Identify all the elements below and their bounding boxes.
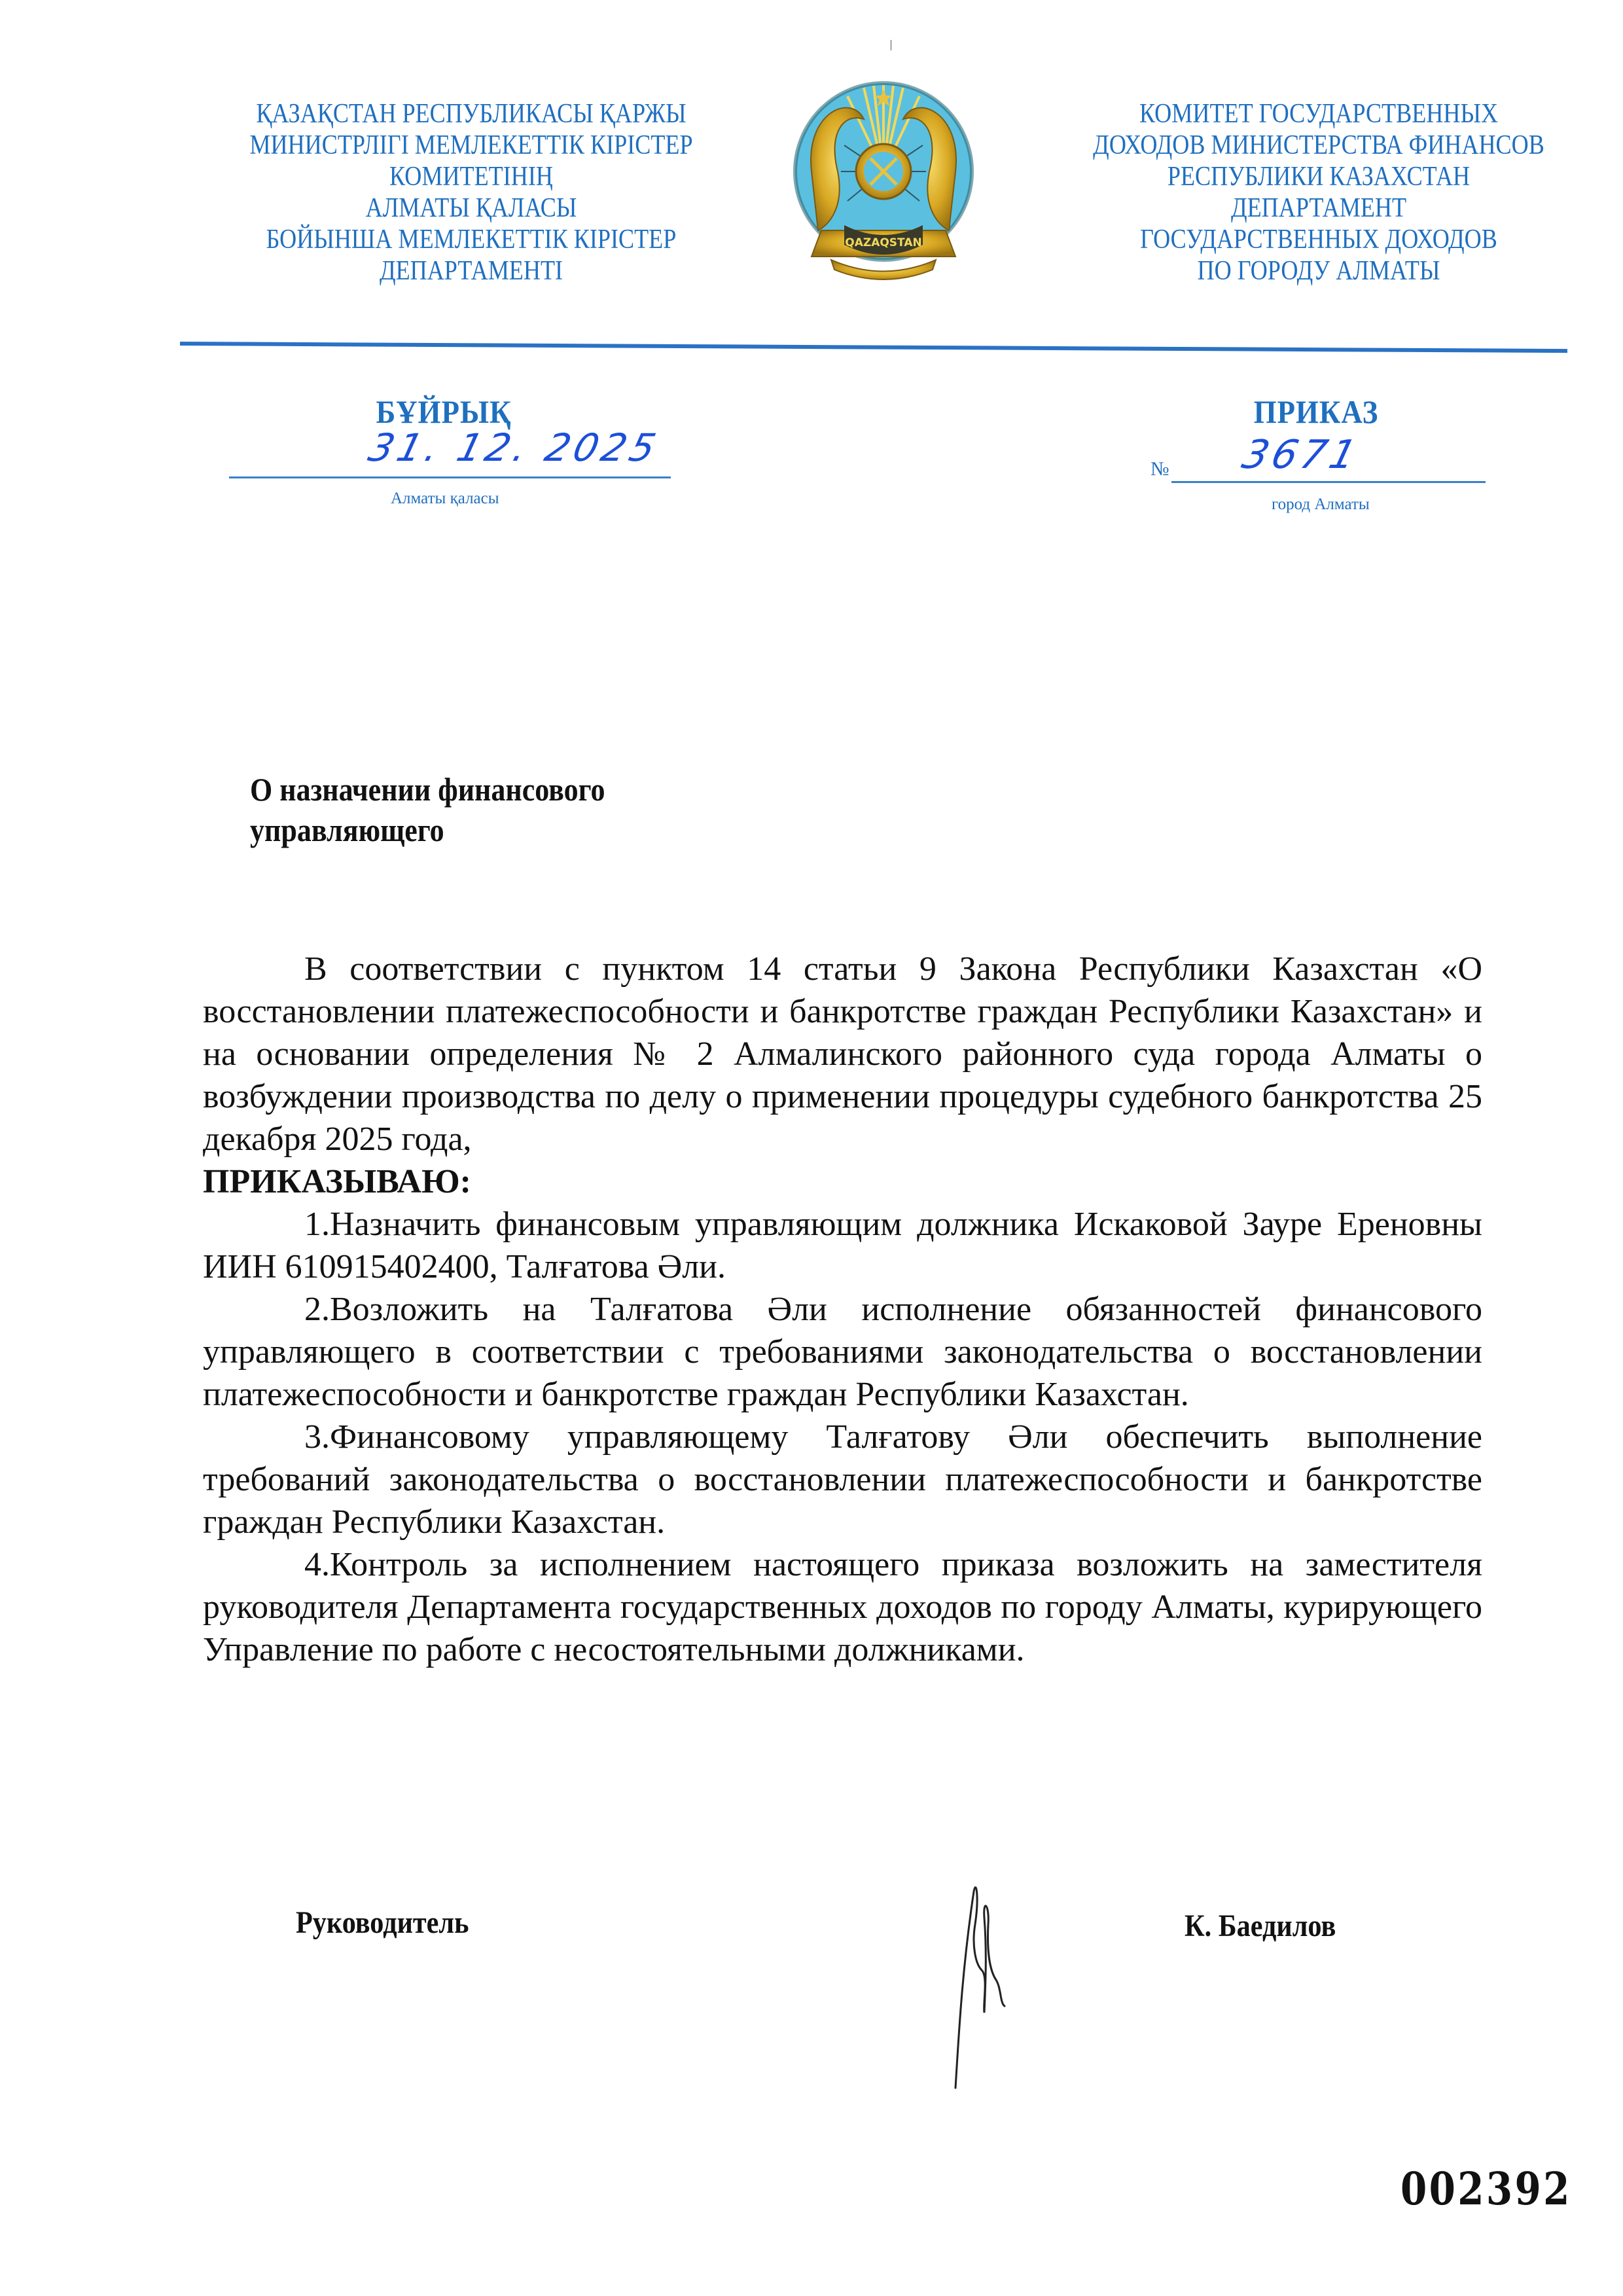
signatory-title: Руководитель bbox=[296, 1905, 469, 1941]
header-ru-line: ДОХОДОВ МИНИСТЕРСТВА ФИНАНСОВ bbox=[1024, 130, 1614, 161]
number-underline bbox=[1171, 481, 1486, 483]
header-kz-line: БОЙЫНША МЕМЛЕКЕТТІК КІРІСТЕР bbox=[190, 224, 753, 255]
order-number: 3671 bbox=[1238, 432, 1364, 478]
header-kz-line: МИНИСТРЛІГІ МЕМЛЕКЕТТІК КІРІСТЕР bbox=[190, 130, 753, 161]
city-label-ru: город Алматы bbox=[1272, 495, 1370, 514]
scan-mark bbox=[891, 40, 891, 50]
header-kz-line: АЛМАТЫ ҚАЛАСЫ bbox=[190, 192, 753, 224]
document-serial-number: 002392 bbox=[1400, 2163, 1572, 2215]
header-ru-line: ПО ГОРОДУ АЛМАТЫ bbox=[1024, 255, 1614, 287]
order-item: 3.Финансовому управляющему Талғатову Әли… bbox=[203, 1416, 1482, 1543]
header-ru: КОМИТЕТ ГОСУДАРСТВЕННЫХ ДОХОДОВ МИНИСТЕР… bbox=[1024, 98, 1614, 287]
subject-line: управляющего bbox=[250, 810, 605, 850]
city-label-kz: Алматы қаласы bbox=[391, 490, 499, 508]
subject-line: О назначении финансового bbox=[250, 769, 605, 810]
order-subject: О назначении финансового управляющего bbox=[250, 769, 605, 850]
preamble-paragraph: В соответствии с пунктом 14 статьи 9 Зак… bbox=[203, 948, 1482, 1160]
handwritten-signature-icon bbox=[936, 1872, 1054, 2094]
header-ru-line: ДЕПАРТАМЕНТ bbox=[1024, 192, 1614, 224]
order-item: 4.Контроль за исполнением настоящего при… bbox=[203, 1543, 1482, 1671]
state-emblem-kazakhstan-icon: QAZAQSTAN bbox=[792, 73, 975, 286]
header-kz-line: ДЕПАРТАМЕНТІ bbox=[190, 255, 753, 287]
number-label: № bbox=[1150, 458, 1169, 480]
header-ru-line: ГОСУДАРСТВЕННЫХ ДОХОДОВ bbox=[1024, 224, 1614, 255]
header-kz-line: КОМИТЕТІНІҢ bbox=[190, 161, 753, 192]
header-separator bbox=[180, 342, 1567, 353]
svg-text:QAZAQSTAN: QAZAQSTAN bbox=[845, 236, 921, 249]
header-ru-line: КОМИТЕТ ГОСУДАРСТВЕННЫХ bbox=[1024, 98, 1614, 130]
date-underline bbox=[229, 476, 671, 478]
signatory-name: К. Баедилов bbox=[1185, 1908, 1336, 1944]
order-item: 1.Назначить финансовым управляющим должн… bbox=[203, 1203, 1482, 1288]
header-kz: ҚАЗАҚСТАН РЕСПУБЛИКАСЫ ҚАРЖЫ МИНИСТРЛІГІ… bbox=[190, 98, 753, 287]
order-item: 2.Возложить на Талғатова Әли исполнение … bbox=[203, 1288, 1482, 1416]
header-ru-line: РЕСПУБЛИКИ КАЗАХСТАН bbox=[1024, 161, 1614, 192]
order-date: 31. 12. 2025 bbox=[365, 425, 664, 470]
order-body: В соответствии с пунктом 14 статьи 9 Зак… bbox=[203, 948, 1482, 1671]
header-kz-line: ҚАЗАҚСТАН РЕСПУБЛИКАСЫ ҚАРЖЫ bbox=[190, 98, 753, 130]
order-title-ru: ПРИКАЗ bbox=[1254, 393, 1379, 431]
command-heading: ПРИКАЗЫВАЮ: bbox=[203, 1160, 1482, 1203]
